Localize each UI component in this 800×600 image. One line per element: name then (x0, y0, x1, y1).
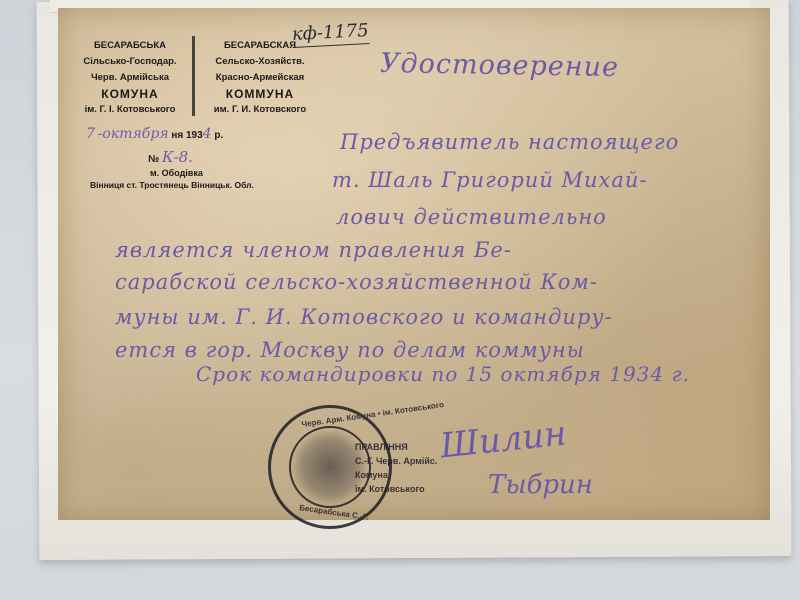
body-line: т. Шаль Григорий Михай- (332, 168, 648, 192)
archive-number: кф-1175 (291, 20, 369, 48)
stamp-number-value: К-8. (162, 148, 193, 166)
body-line: муны им. Г. И. Котовского и командиру- (115, 305, 613, 329)
signature-stamp-line3: Комуна (355, 468, 485, 482)
signature-secretary: Тыбрин (488, 470, 593, 500)
stamp-russian: БЕСАРАБСКАЯ Сельско-Хозяйств. Красно-Арм… (200, 38, 320, 118)
stamp-number-prefix: № (148, 154, 159, 165)
stamp-address: Вінниця ст. Тростянець Вінницьк. Обл. (90, 180, 254, 190)
body-line: Срок командировки по 15 октября 1934 г. (196, 362, 690, 386)
stamp-left-line2: Сільсько-Господар. (70, 54, 190, 70)
body-line: является членом правления Бе- (115, 238, 512, 262)
signature-stamp-line4: ім. Котовського (355, 482, 485, 496)
document-title: Удостоверение (380, 48, 619, 83)
body-line: сарабской сельско-хозяйственной Ком- (115, 270, 598, 294)
stamp-right-line3: Красно-Армейская (200, 70, 320, 86)
body-line: ется в гор. Москву по делам коммуны (115, 338, 585, 362)
stamp-date-year: 4 (203, 126, 212, 142)
stamp-date-printed: ня 193 (171, 130, 202, 141)
stamp-left-line4: КОМУНА (70, 86, 190, 102)
body-line: лович действительно (336, 205, 607, 229)
stamp-right-line4: КОММУНА (200, 86, 320, 102)
stamp-date: 7 -октября ня 1934 р. (86, 126, 336, 142)
stamp-left-line1: БЕСАРАБСЬКА (70, 38, 190, 54)
stamp-number: № К-8. (148, 148, 193, 166)
stamp-left-line5: ім. Г. І. Котовського (70, 102, 190, 118)
body-line: Предъявитель настоящего (340, 130, 679, 154)
stamp-right-line2: Сельско-Хозяйств. (200, 54, 320, 70)
stamp-place: м. Ободівка (150, 168, 203, 178)
stamp-date-month: -октября (98, 126, 169, 142)
stamp-right-line5: им. Г. И. Котовского (200, 102, 320, 118)
stamp-divider (192, 36, 195, 116)
stamp-date-end: р. (214, 130, 223, 141)
stamp-date-day: 7 (86, 126, 95, 142)
stamp-left-line3: Черв. Армійська (70, 70, 190, 86)
stamp-ukrainian: БЕСАРАБСЬКА Сільсько-Господар. Черв. Арм… (70, 38, 190, 118)
